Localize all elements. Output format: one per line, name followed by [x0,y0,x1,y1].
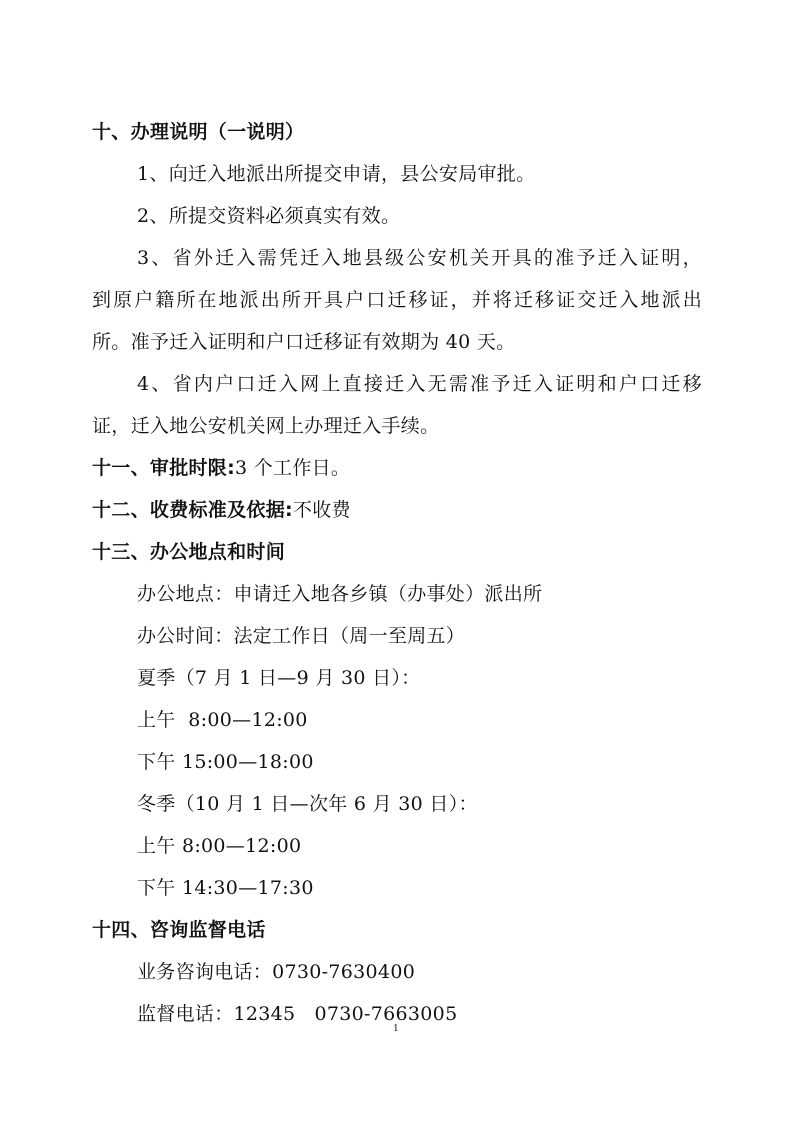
summer-afternoon: 下午 15:00—18:00 [137,748,314,776]
section-10-item-4: 4、省内户口迁入网上直接迁入无需准予迁入证明和户口迁移 [137,370,702,398]
section-10-item-4-cont: 证，迁入地公安机关网上办理迁入手续。 [92,412,439,440]
section-11: 十一、审批时限:3 个工作日。 [92,454,350,482]
supervision-phone: 监督电话：12345 0730-7663005 [137,1000,457,1028]
section-10-item-3: 3、省外迁入需凭迁入地县级公安机关开具的准予迁入证明， [137,244,702,272]
section-12-value: 不收费 [293,499,351,521]
summer-morning: 上午 8:00—12:00 [137,706,308,734]
office-hours: 办公时间：法定工作日（周一至周五） [137,622,465,650]
winter-morning: 上午 8:00—12:00 [137,832,301,860]
page-number: 1 [393,1022,399,1034]
section-10-item-3-cont-2: 所。准予迁入证明和户口迁移证有效期为 40 天。 [92,328,515,356]
section-10-heading: 十、办理说明（一说明） [92,118,304,146]
section-11-label: 十一、审批时限: [92,457,235,479]
section-10-item-1: 1、向迁入地派出所提交申请，县公安局审批。 [137,160,535,188]
office-location: 办公地点：申请迁入地各乡镇（办事处）派出所 [137,580,542,608]
section-13-heading: 十三、办公地点和时间 [92,538,285,566]
document-page: 十、办理说明（一说明） 1、向迁入地派出所提交申请，县公安局审批。 2、所提交资… [0,0,793,1122]
winter-afternoon: 下午 14:30—17:30 [137,874,314,902]
section-10-item-3-cont-1: 到原户籍所在地派出所开具户口迁移证，并将迁移证交迁入地派出 [92,286,702,314]
section-10-item-2: 2、所提交资料必须真实有效。 [137,202,400,230]
summer-period: 夏季（7 月 1 日—9 月 30 日）： [137,664,420,692]
section-12-label: 十二、收费标准及依据: [92,499,293,521]
consult-phone: 业务咨询电话：0730-7630400 [137,958,415,986]
winter-period: 冬季（10 月 1 日—次年 6 月 30 日）： [137,790,478,818]
section-11-value: 3 个工作日。 [235,457,350,479]
section-14-heading: 十四、咨询监督电话 [92,916,266,944]
section-12: 十二、收费标准及依据:不收费 [92,496,351,524]
